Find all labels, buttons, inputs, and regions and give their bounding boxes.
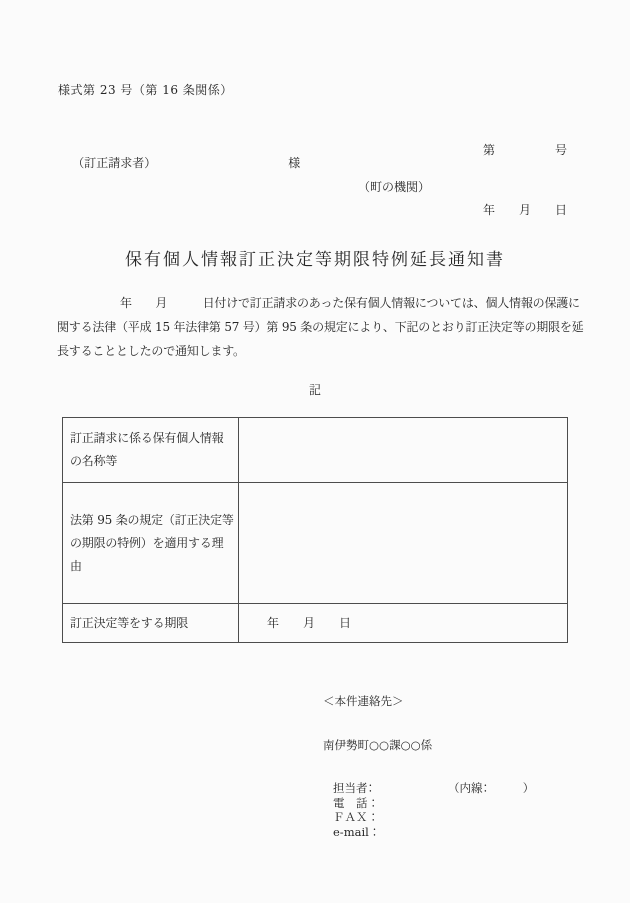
document-number-block: 第 号 年 月 日 (483, 100, 567, 260)
table-value-reason (239, 483, 568, 604)
table-row-reason: 法第 95 条の規定（訂正決定等 の期限の特例）を適用する理 由 (63, 483, 568, 604)
table-value-information-name (239, 418, 568, 483)
contact-detail-lines: 担当者： （内線： ） 電 話： ＦＡＸ： e-mail： (333, 781, 534, 839)
table-label-information-name: 訂正請求に係る保有個人情報 の名称等 (63, 418, 239, 483)
addressee-line: （訂正請求者）様 (57, 140, 300, 185)
table-label-deadline: 訂正決定等をする期限 (63, 604, 239, 643)
contact-heading: ＜本件連絡先＞ (323, 694, 534, 709)
ki-separator-label: 記 (57, 381, 573, 398)
addressee-honorific: 様 (288, 156, 300, 170)
notice-document-page: 様式第 23 号（第 16 条関係） 第 号 年 月 日 （訂正請求者）様 （町… (0, 0, 630, 903)
addressee-label: （訂正請求者） (72, 156, 156, 170)
document-number-line: 第 号 (483, 140, 567, 160)
table-row-deadline: 訂正決定等をする期限 年 月 日 (63, 604, 568, 643)
contact-block: ＜本件連絡先＞ 南伊勢町○○課○○係 担当者： （内線： ） 電 話： ＦＡＸ：… (323, 665, 534, 868)
body-paragraph: 年 月 日付けで訂正請求のあった保有個人情報については、個人情報の保護に 関する… (57, 291, 584, 363)
table-label-reason: 法第 95 条の規定（訂正決定等 の期限の特例）を適用する理 由 (63, 483, 239, 604)
form-number: 様式第 23 号（第 16 条関係） (58, 81, 233, 98)
sender-organization: （町の機関） (358, 178, 430, 195)
document-title: 保有個人情報訂正決定等期限特例延長通知書 (57, 245, 573, 270)
document-date-line: 年 月 日 (483, 200, 567, 220)
table-value-deadline: 年 月 日 (239, 604, 568, 643)
detail-table: 訂正請求に係る保有個人情報 の名称等 法第 95 条の規定（訂正決定等 の期限の… (62, 417, 568, 643)
contact-office: 南伊勢町○○課○○係 (323, 738, 534, 753)
table-row-information-name: 訂正請求に係る保有個人情報 の名称等 (63, 418, 568, 483)
